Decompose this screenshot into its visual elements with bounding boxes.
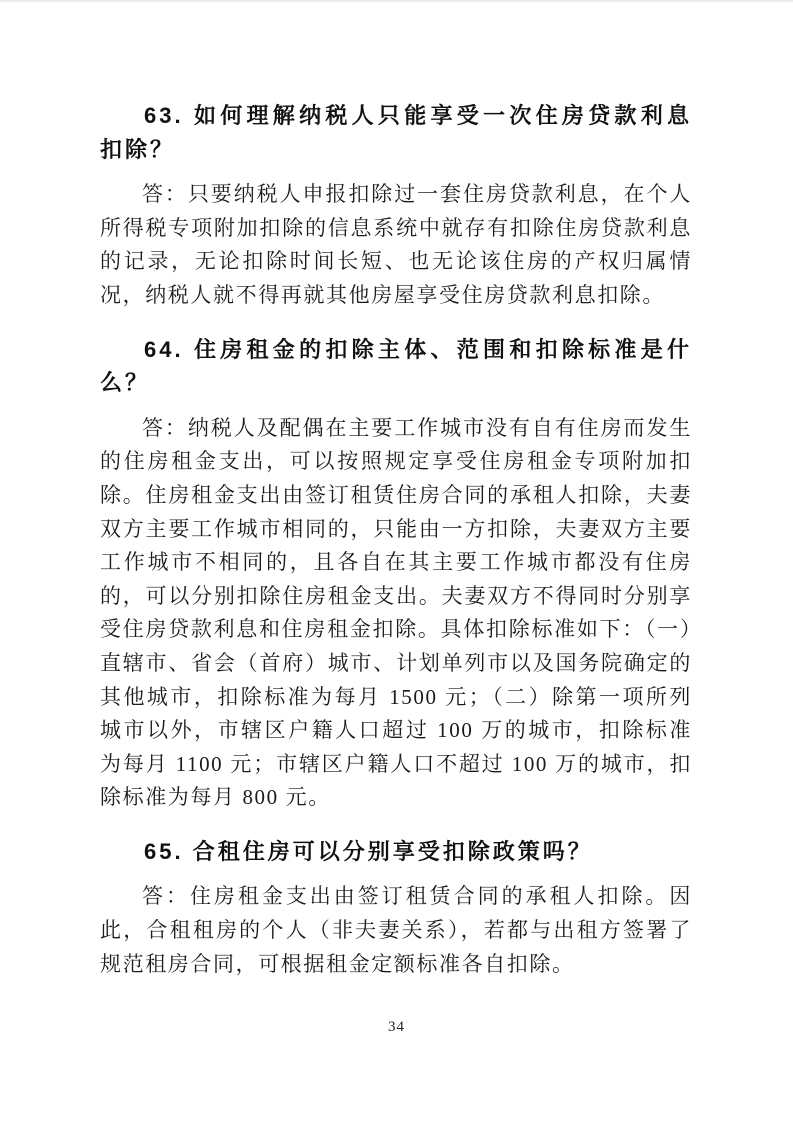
answer-paragraph-63: 答：只要纳税人申报扣除过一套住房贷款利息，在个人所得税专项附加扣除的信息系统中就… xyxy=(100,178,692,312)
question-heading-63: 63. 如何理解纳税人只能享受一次住房贷款利息扣除？ xyxy=(100,99,692,166)
question-heading-64: 64. 住房租金的扣除主体、范围和扣除标准是什么？ xyxy=(100,333,692,400)
qa-section-65: 65. 合租住房可以分别享受扣除政策吗？ 答：住房租金支出由签订租赁合同的承租人… xyxy=(100,835,692,981)
page-content: 63. 如何理解纳税人只能享受一次住房贷款利息扣除？ 答：只要纳税人申报扣除过一… xyxy=(100,99,692,981)
page-footer: 34 xyxy=(0,1018,793,1036)
question-heading-65: 65. 合租住房可以分别享受扣除政策吗？ xyxy=(100,835,692,869)
qa-section-64: 64. 住房租金的扣除主体、范围和扣除标准是什么？ 答：纳税人及配偶在主要工作城… xyxy=(100,333,692,815)
answer-paragraph-64: 答：纳税人及配偶在主要工作城市没有自有住房而发生的住房租金支出，可以按照规定享受… xyxy=(100,412,692,815)
document-page: 63. 如何理解纳税人只能享受一次住房贷款利息扣除？ 答：只要纳税人申报扣除过一… xyxy=(0,0,793,1122)
page-number: 34 xyxy=(388,1019,405,1035)
qa-section-63: 63. 如何理解纳税人只能享受一次住房贷款利息扣除？ 答：只要纳税人申报扣除过一… xyxy=(100,99,692,313)
answer-paragraph-65: 答：住房租金支出由签订租赁合同的承租人扣除。因此，合租租房的个人（非夫妻关系），… xyxy=(100,880,692,981)
